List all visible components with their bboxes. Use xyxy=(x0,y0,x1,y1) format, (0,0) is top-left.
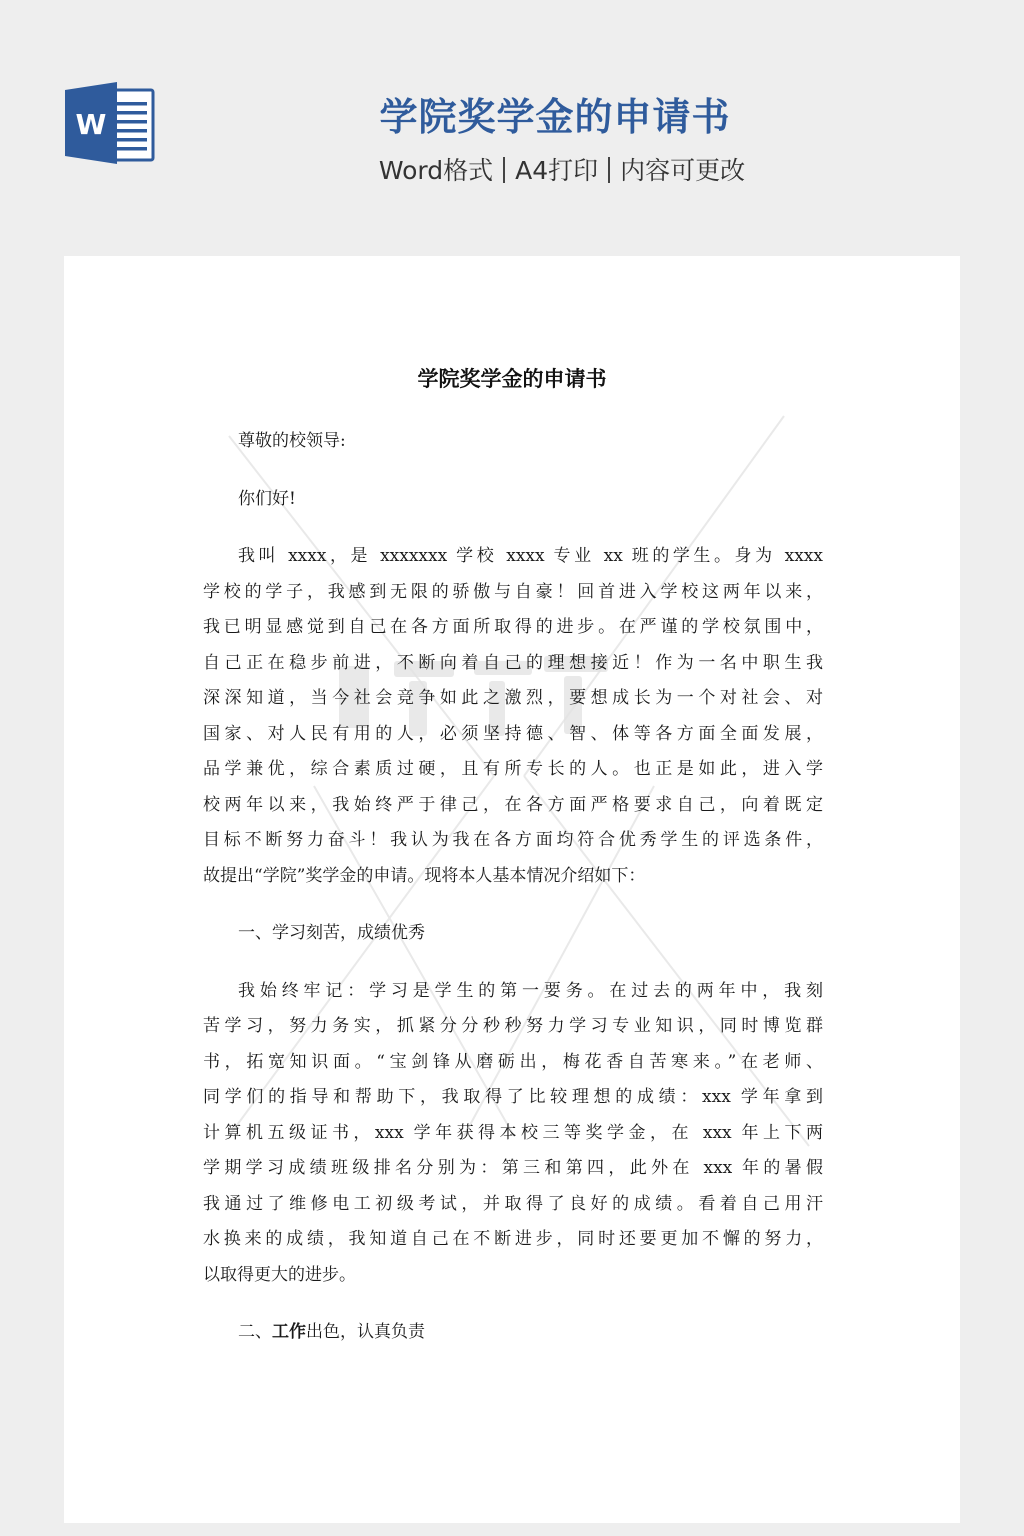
intro-line: 我已明显感觉到自己在各方面所取得的进步。在严谨的学校氛围中， xyxy=(203,610,823,646)
intro-line: 国家、对人民有用的人，必须坚持德、智、体等各方面全面发展， xyxy=(203,717,823,753)
section-2-bold: 工作 xyxy=(272,1322,306,1342)
header-subtitle: Word格式A4打印内容可更改 xyxy=(0,153,1024,189)
document-title: 学院奖学金的申请书 xyxy=(64,364,960,394)
section-1-line: 计算机五级证书，xxx 学年获得本校三等奖学金，在 xxx 年上下两 xyxy=(203,1116,823,1152)
section-2-heading: 二、工作出色，认真负责 xyxy=(203,1315,823,1351)
salutation: 尊敬的校领导: xyxy=(203,424,823,460)
section-1-line: 书，拓宽知识面。“宝剑锋从磨砺出，梅花香自苦寒来。”在老师、 xyxy=(203,1045,823,1081)
document-page: 学院奖学金的申请书 尊敬的校领导: 你们好! 我叫 xxxx，是 xxxxxxx… xyxy=(64,256,960,1523)
section-2-rest: 出色，认真负责 xyxy=(306,1322,425,1342)
greeting: 你们好! xyxy=(203,482,823,518)
intro-line: 目标不断努力奋斗！我认为我在各方面均符合优秀学生的评选条件， xyxy=(203,823,823,859)
section-1-line: 我始终牢记：学习是学生的第一要务。在过去的两年中，我刻 xyxy=(203,974,823,1010)
subtitle-separator xyxy=(503,157,505,183)
intro-line: 自己正在稳步前进，不断向着自己的理想接近！作为一名中职生我 xyxy=(203,646,823,682)
intro-line: 故提出“学院”奖学金的申请。现将本人基本情况介绍如下： xyxy=(203,859,823,895)
section-1-line: 学期学习成绩班级排名分别为：第三和第四，此外在 xxx 年的暑假 xyxy=(203,1151,823,1187)
section-1-line: 我通过了维修电工初级考试，并取得了良好的成绩。看着自己用汗 xyxy=(203,1187,823,1223)
document-body: 尊敬的校领导: 你们好! 我叫 xxxx，是 xxxxxxx 学校 xxxx 专… xyxy=(203,424,823,1351)
intro-line: 深深知道，当今社会竞争如此之激烈，要想成长为一个对社会、对 xyxy=(203,681,823,717)
intro-line: 学校的学子，我感到无限的骄傲与自豪！回首进入学校这两年以来， xyxy=(203,575,823,611)
section-1-line: 水换来的成绩，我知道自己在不断进步，同时还要更加不懈的努力， xyxy=(203,1222,823,1258)
subtitle-separator xyxy=(608,157,610,183)
section-1-heading: 一、学习刻苦，成绩优秀 xyxy=(203,916,823,952)
intro-line: 校两年以来，我始终严于律己，在各方面严格要求自己，向着既定 xyxy=(203,788,823,824)
section-2-prefix: 二、 xyxy=(238,1322,272,1342)
subtitle-print: A4打印 xyxy=(515,156,598,185)
intro-line: 我叫 xxxx，是 xxxxxxx 学校 xxxx 专业 xx 班的学生。身为 … xyxy=(203,539,823,575)
section-1-line: 苦学习，努力务实，抓紧分分秒秒努力学习专业知识，同时博览群 xyxy=(203,1009,823,1045)
subtitle-editable: 内容可更改 xyxy=(620,156,745,185)
section-1-line: 同学们的指导和帮助下，我取得了比较理想的成绩：xxx 学年拿到 xyxy=(203,1080,823,1116)
subtitle-format: Word格式 xyxy=(379,156,493,185)
section-1-line: 以取得更大的进步。 xyxy=(203,1258,823,1294)
intro-line: 品学兼优，综合素质过硬，且有所专长的人。也正是如此，进入学 xyxy=(203,752,823,788)
header-title: 学院奖学金的申请书 xyxy=(0,92,1024,142)
